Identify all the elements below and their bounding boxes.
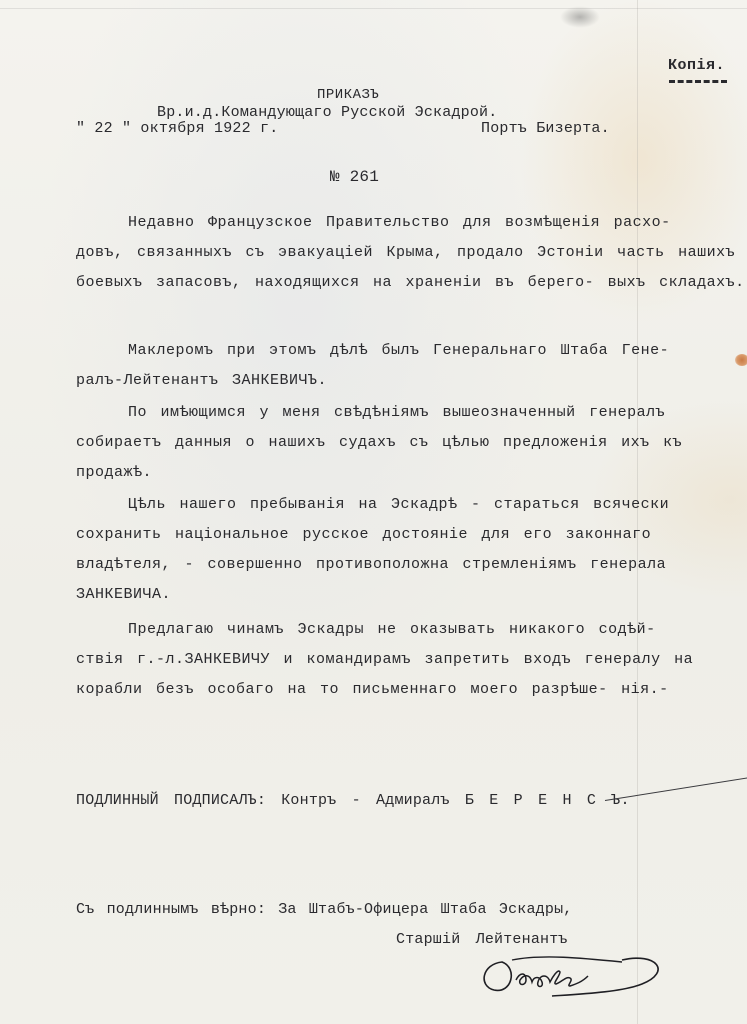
paragraph-body: собираетъ данныя о нашихъ судахъ съ цѣль… — [76, 434, 682, 481]
paper-fold-horizontal — [0, 8, 747, 9]
paragraph-first-line: Предлагаю чинамъ Эскадры не оказывать ни… — [76, 615, 747, 645]
paragraph-body: сохранить національное русское достояніе… — [76, 526, 666, 603]
copy-mark-underline — [669, 80, 727, 83]
original-signed-line: ПОДЛИННЫЙ ПОДПИСАЛЪ: Контръ - Адмиралъ Б… — [76, 792, 630, 810]
paragraph-body: ралъ-Лейтенантъ ЗАНКЕВИЧЪ. — [76, 372, 327, 389]
paragraph-5: Предлагаю чинамъ Эскадры не оказывать ни… — [76, 615, 747, 705]
order-place: Портъ Бизерта. — [481, 120, 610, 138]
paragraph-first-line: Недавно Французское Правительство для во… — [76, 208, 747, 238]
order-date: " 22 " октября 1922 г. — [76, 120, 278, 138]
paragraph-first-line: По имѣющимся у меня свѣдѣніямъ вышеознач… — [76, 398, 747, 428]
copy-mark: Копія. — [668, 57, 725, 74]
paragraph-body: довъ, связанныхъ съ эвакуаціей Крыма, пр… — [76, 244, 745, 291]
certification-line: Съ подлиннымъ вѣрно: За Штабъ-Офицера Шт… — [76, 901, 572, 919]
paragraph-first-line: Маклеромъ при этомъ дѣлѣ былъ Генеральна… — [76, 336, 747, 366]
order-number: № 261 — [330, 168, 379, 186]
handwritten-signature — [472, 950, 672, 1000]
paragraph-body: ствія г.-л.ЗАНКЕВИЧУ и командирамъ запре… — [76, 651, 693, 698]
signatory-rank: Старшій Лейтенантъ — [396, 931, 568, 949]
paragraph-3: По имѣющимся у меня свѣдѣніямъ вышеознач… — [76, 398, 747, 488]
paragraph-4: Цѣль нашего пребыванія на Эскадрѣ - стар… — [76, 490, 747, 610]
document-page: Копія. ПРИКАЗЪ Вр.и.д.Командующаго Русск… — [0, 0, 747, 1024]
pen-stroke-line — [605, 777, 747, 801]
paragraph-first-line: Цѣль нашего пребыванія на Эскадрѣ - стар… — [76, 490, 747, 520]
paragraph-1: Недавно Французское Правительство для во… — [76, 208, 747, 298]
order-heading: ПРИКАЗЪ — [317, 86, 379, 104]
ink-smudge — [560, 6, 600, 28]
paragraph-2: Маклеромъ при этомъ дѣлѣ былъ Генеральна… — [76, 336, 747, 396]
